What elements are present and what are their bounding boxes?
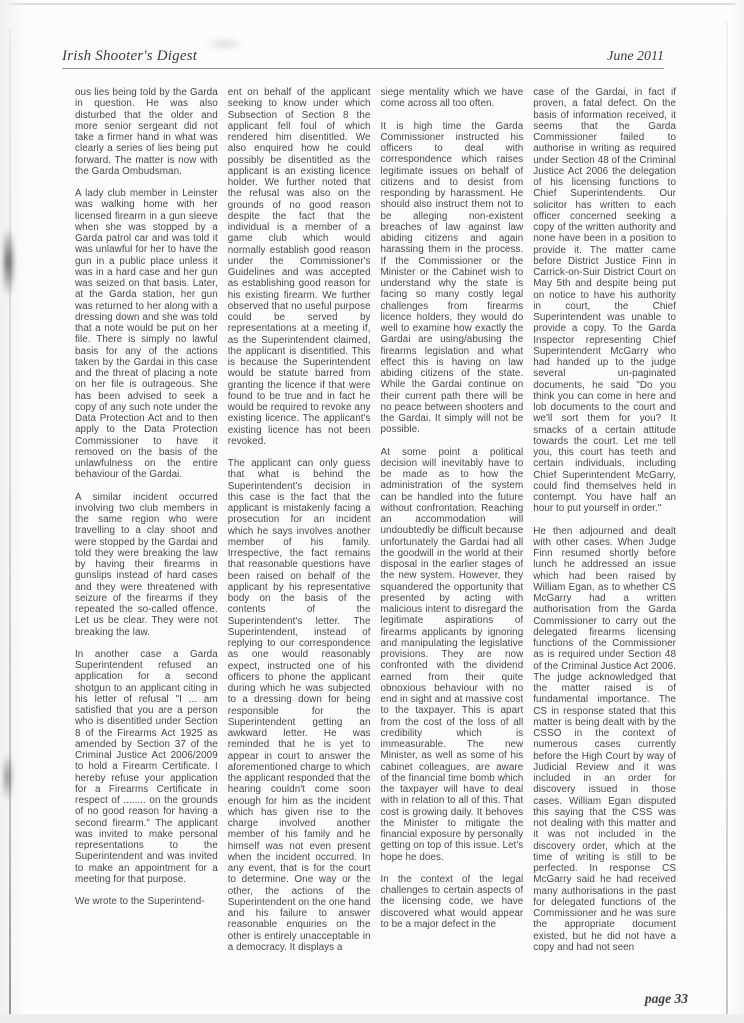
scan-left-margin-shade: [0, 0, 26, 1023]
text-column-4: case of the Gardai, in fact if proven, a…: [533, 87, 676, 1011]
scan-smudge-artifact: [3, 226, 16, 298]
body-paragraph: A lady club member in Leinster was walki…: [75, 188, 218, 481]
body-paragraph: ous lies being told by the Garda in ques…: [75, 87, 218, 177]
scan-right-margin-shade: [729, 0, 744, 1023]
body-paragraph: In another case a Garda Superintendent r…: [75, 649, 218, 885]
body-paragraph: A similar incident occurred involving tw…: [75, 492, 218, 638]
text-column-2: ent on behalf of the applicant seeking t…: [228, 87, 371, 1011]
publication-title: Irish Shooter's Digest: [62, 48, 197, 65]
issue-date: June 2011: [607, 49, 664, 65]
scan-top-edge-artifact: [8, 3, 736, 5]
body-paragraph: ent on behalf of the applicant seeking t…: [228, 87, 371, 447]
text-column-3: siege mentality which we have come acros…: [381, 87, 524, 1011]
body-paragraph: We wrote to the Superintend-: [75, 896, 218, 907]
page-number: page 33: [645, 991, 688, 1007]
body-paragraph: At some point a political decision will …: [381, 447, 524, 863]
scan-right-edge-artifact: [726, 22, 728, 1017]
body-paragraph: It is high time the Garda Commissioner i…: [381, 121, 524, 436]
text-column-1: ous lies being told by the Garda in ques…: [75, 87, 218, 1011]
scan-binding-line-artifact: [9, 28, 11, 1015]
body-paragraph: case of the Gardai, in fact if proven, a…: [533, 87, 676, 515]
scan-bottom-edge-artifact: [0, 1014, 744, 1023]
article-body: ous lies being told by the Garda in ques…: [75, 87, 676, 1011]
body-paragraph: siege mentality which we have come acros…: [381, 87, 524, 110]
page-header: Irish Shooter's Digest June 2011: [62, 48, 664, 69]
body-paragraph: He then adjourned and dealt with other c…: [533, 526, 676, 954]
scan-smudge-artifact: [3, 752, 14, 802]
body-paragraph: In the context of the legal challenges t…: [381, 874, 524, 930]
magazine-page: Irish Shooter's Digest June 2011 ous lie…: [0, 0, 744, 1023]
body-paragraph: The applicant can only guess that what i…: [228, 458, 371, 953]
